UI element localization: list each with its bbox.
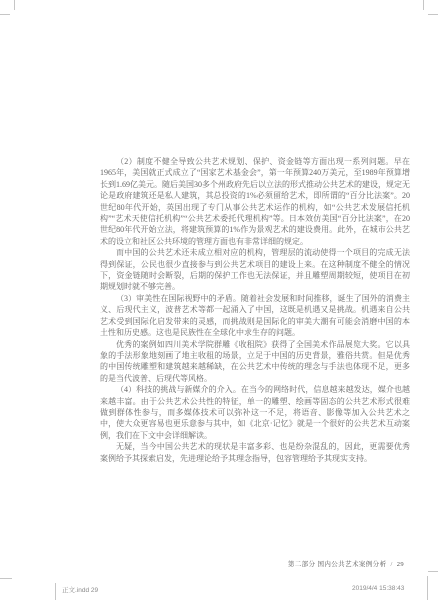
crop-mark-bottom-right-vertical	[427, 576, 428, 600]
body-text: （2）制度不健全导致公共艺术规划、保护、资金链等方面出现一系列问题。早在1965…	[100, 156, 410, 464]
paragraph: （3）审美性在国际视野中的矛盾。随着社会发展和时间推移，诞生了国外的消费主义、后…	[100, 293, 410, 339]
slug-filename: 正文.indd 29	[62, 585, 98, 594]
slug-timestamp: 2019/4/4 15:38:43	[352, 585, 404, 592]
paragraph: （2）制度不健全导致公共艺术规划、保护、资金链等方面出现一系列问题。早在1965…	[100, 156, 410, 247]
running-footer: 第二部分 国内公共艺术案例分析/29	[288, 559, 404, 568]
crop-mark-bottom-right-horizontal	[428, 571, 438, 572]
paragraph: （4）科技的挑战与新媒介的介入。在当今的网络时代，信息越来越发达，媒介也越来越丰…	[100, 384, 410, 441]
paragraph: 无疑，当今中国公共艺术的现状是丰富多彩、也是纷杂混乱的，因此，更需要优秀案例给予…	[100, 441, 410, 464]
footer-separator: /	[390, 561, 392, 568]
document-page: （2）制度不健全导致公共艺术规划、保护、资金链等方面出现一系列问题。早在1965…	[0, 0, 438, 600]
footer-section-title: 第二部分 国内公共艺术案例分析	[288, 561, 387, 568]
crop-mark-bottom-left-horizontal	[0, 578, 12, 579]
crop-mark-bottom-left-vertical	[55, 583, 56, 600]
crop-mark-top-left-vertical	[14, 0, 15, 10]
crop-mark-top-right-horizontal	[428, 14, 438, 15]
crop-mark-top-right-vertical	[423, 0, 424, 10]
paragraph: 而中国的公共艺术还未成立相对应的机构，管理层的流动使得一个项目的完成无法得到保证…	[100, 247, 410, 293]
footer-page-number: 29	[397, 561, 404, 568]
paragraph: 优秀的案例如四川美术学院群雕《收租院》获得了全国美术作品展览大奖。它以具象的手法…	[100, 339, 410, 385]
crop-mark-top-left-horizontal	[0, 14, 10, 15]
